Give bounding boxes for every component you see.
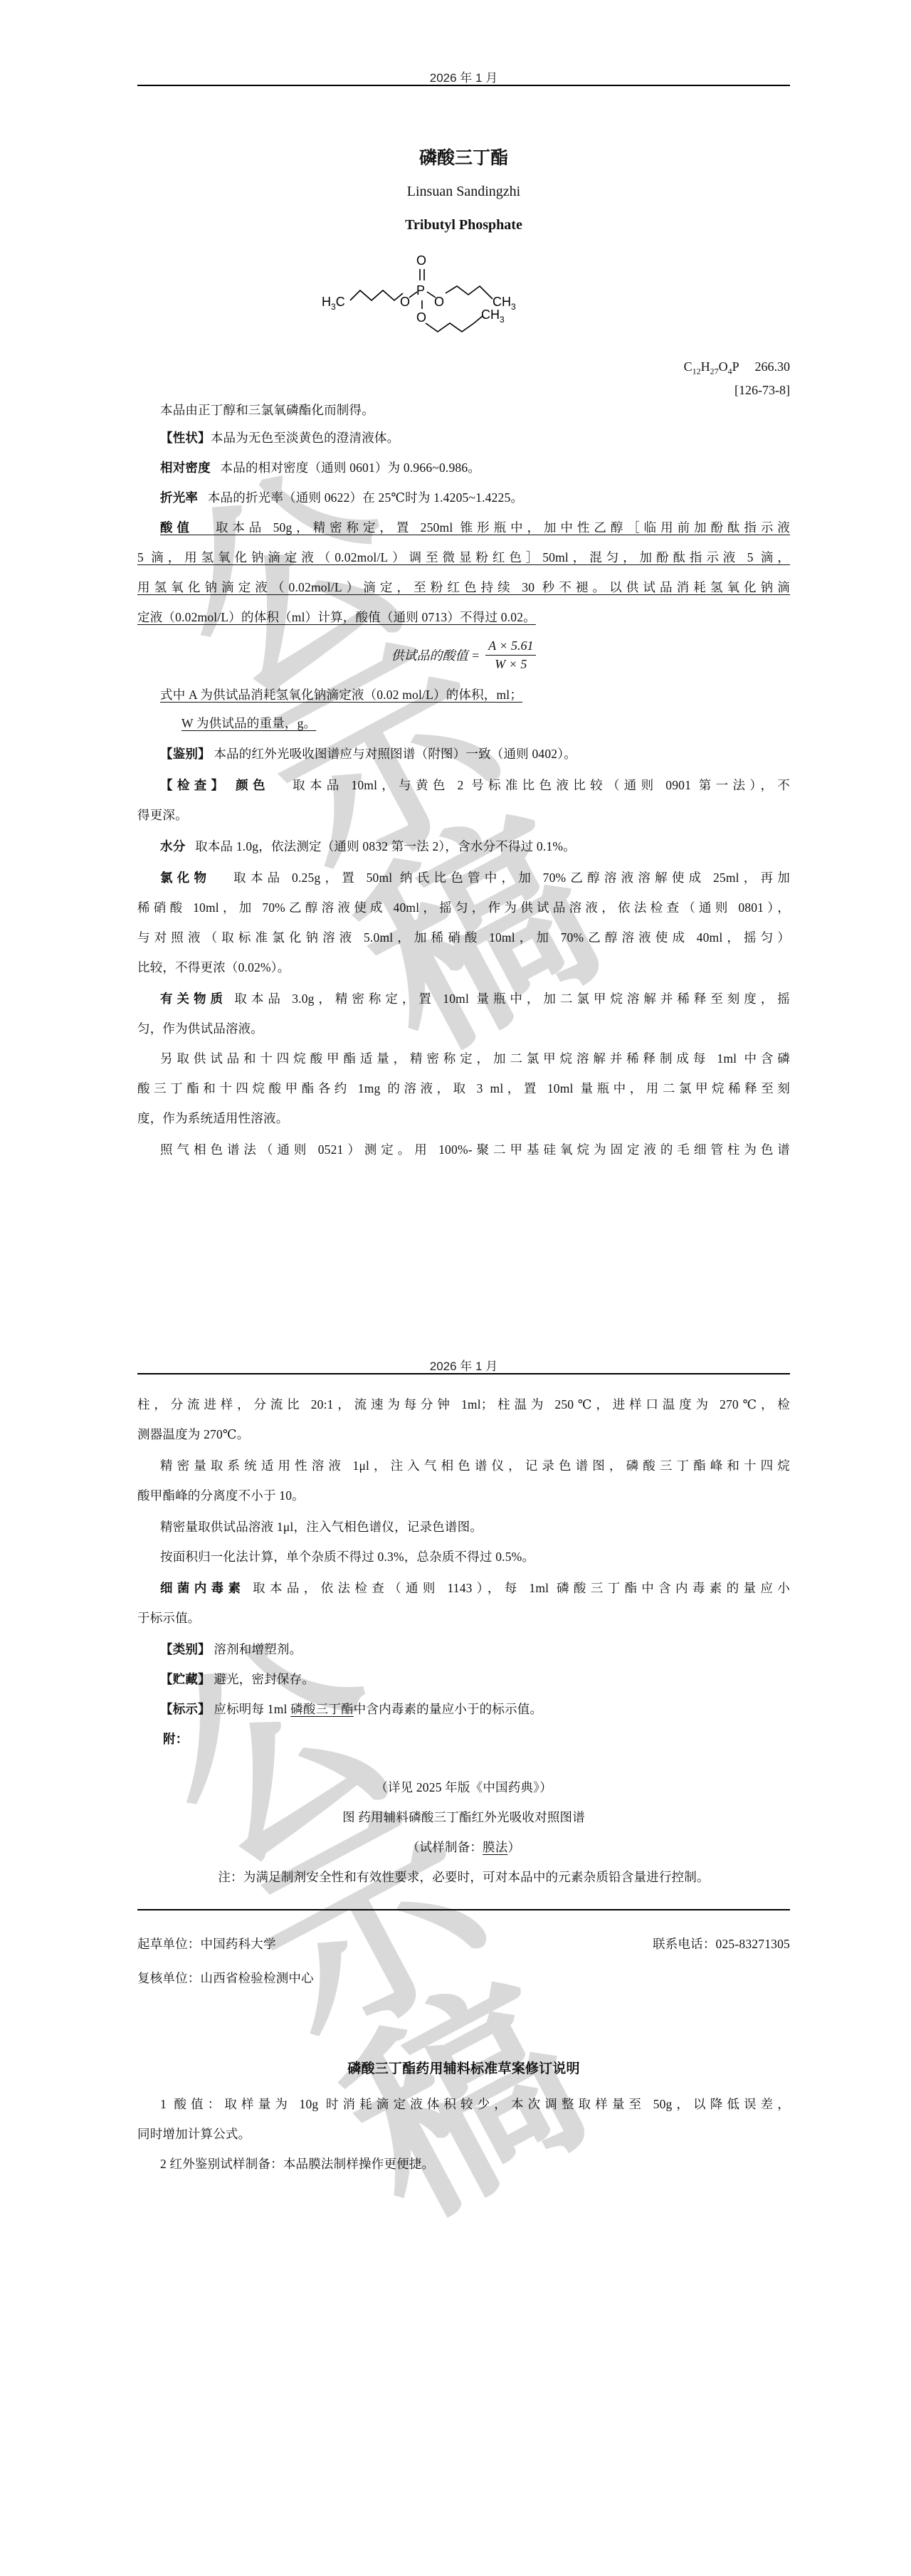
review-unit: 复核单位：山西省检验检测中心 [137, 1970, 790, 1986]
acid-value-line3: 用氢氧化钠滴定液（0.02mol/L）滴定，至粉红色持续 30 秒不褪。以供试品… [137, 579, 790, 595]
endotoxin-line2: 于标示值。 [137, 1610, 790, 1626]
gc-line3: 精密量取系统适用性溶液 1μl，注入气相色谱仪，记录色谱图，磷酸三丁酯峰和十四烷 [137, 1458, 790, 1473]
formula-where-a: 式中 A 为供试品消耗氢氧化钠滴定液（0.02 mol/L）的体积，ml； [137, 687, 530, 703]
section-properties: 【性状】本品为无色至淡黄色的澄清液体。 [137, 430, 790, 446]
svg-text:H3C: H3C [322, 295, 345, 312]
revision-item-1-cont: 同时增加计算公式。 [137, 2126, 790, 2142]
chloride-line2: 稀硝酸 10ml，加 70%乙醇溶液使成 40ml，摇匀，作为供试品溶液，依法检… [137, 900, 790, 915]
svg-text:P: P [416, 283, 425, 298]
chloride-line3: 与对照液（取标准氯化钠溶液 5.0ml，加稀硝酸 10ml，加 70%乙醇溶液使… [137, 930, 790, 945]
monograph-title-cn: 磷酸三丁酯 [137, 144, 790, 169]
revision-item-2: 2 红外鉴别试样制备：本品膜法制样操作更便捷。 [137, 2156, 790, 2172]
related-line6: 照气相色谱法（通则 0521）测定。用 100%-聚二甲基硅氧烷为固定液的毛细管… [137, 1142, 790, 1157]
acid-value-line2: 5 滴，用氢氧化钠滴定液（0.02mol/L）调至微显粉红色］50ml，混匀，加… [137, 550, 790, 565]
related-line3: 另取供试品和十四烷酸甲酯适量，精密称定，加二氯甲烷溶解并稀释制成每 1ml 中含… [137, 1051, 790, 1066]
section-related-substances: 有关物质 取本品 3.0g，精密称定，置 10ml 量瓶中，加二氯甲烷溶解并稀释… [137, 991, 790, 1006]
section-acid-value-line1: 酸值 取本品 50g，精密称定，置 250ml 锥形瓶中，加中性乙醇［临用前加酚… [137, 520, 790, 535]
appendix-see-pharmacopoeia: （详见 2025 年版《中国药典》） [137, 1779, 790, 1795]
sample-preparation: （试样制备：膜法） [137, 1839, 790, 1855]
section-labeling: 【标示】 应标明每 1ml 磷酸三丁酯中含内毒素的量应小于的标示值。 [137, 1701, 790, 1717]
gc-line5: 精密量取供试品溶液 1μl，注入气相色谱仪，记录色谱图。 [137, 1519, 790, 1535]
intro-text: 本品由正丁醇和三氯氧磷酯化而制得。 [137, 402, 790, 418]
section-storage: 【贮藏】 避光，密封保存。 [137, 1671, 790, 1687]
section-water: 水分 取本品 1.0g，依法测定（通则 0832 第一法 2），含水分不得过 0… [137, 838, 790, 854]
monograph-title-en: Tributyl Phosphate [137, 217, 790, 233]
svg-text:CH3: CH3 [481, 307, 505, 325]
monograph-title-pinyin: Linsuan Sandingzhi [137, 184, 790, 200]
svg-text:O: O [400, 295, 410, 309]
page-header-date: 2026 年 1 月 [137, 68, 790, 85]
section-chloride: 氯化物 取本品 0.25g，置 50ml 纳氏比色管中，加 70%乙醇溶液溶解使… [137, 870, 790, 885]
section-identification: 【鉴别】 本品的红外光吸收图谱应与对照图谱（附图）一致（通则 0402）。 [137, 746, 790, 762]
section-endotoxin: 细菌内毒素 取本品，依法检查（通则 1143），每 1ml 磷酸三丁酯中含内毒素… [137, 1580, 790, 1596]
section-tests-color: 【检查】 颜色 取本品 10ml，与黄色 2 号标准比色液比较（通则 0901 … [137, 777, 790, 793]
tributyl-phosphate-structure-icon: O P O O O H3C CH3 CH3 [306, 249, 605, 349]
molecular-weight: 266.30 [755, 359, 791, 374]
chloride-line4: 比较，不得更浓（0.02%）。 [137, 960, 790, 975]
section-relative-density: 相对密度 本品的相对密度（通则 0601）为 0.966~0.986。 [137, 460, 790, 475]
gc-line4: 酸甲酯峰的分离度不小于 10。 [137, 1488, 790, 1503]
svg-text:O: O [416, 310, 426, 325]
footer-rule [137, 1909, 790, 1910]
related-line2: 匀，作为供试品溶液。 [137, 1021, 790, 1036]
molecular-formula-weight: C12H27O4P 266.30 [684, 359, 790, 377]
gc-line2: 测器温度为 270℃。 [137, 1426, 790, 1442]
page2-header-rule [137, 1373, 790, 1374]
section-category: 【类别】 溶剂和增塑剂。 [137, 1641, 790, 1657]
revision-item-1: 1 酸值：取样量为 10g 时消耗滴定液体积较少，本次调整取样量至 50g，以降… [137, 2096, 790, 2112]
tests-color-line2: 得更深。 [137, 807, 790, 823]
revision-notes-title: 磷酸三丁酯药用辅料标准草案修订说明 [137, 2061, 790, 2076]
related-line5: 度，作为系统适用性溶液。 [137, 1110, 790, 1126]
acid-value-line4: 定液（0.02mol/L）的体积（ml）计算，酸值（通则 0713）不得过 0.… [137, 609, 536, 625]
figure-caption: 图 药用辅料磷酸三丁酯红外光吸收对照图谱 [137, 1809, 790, 1825]
appendix-label: 附： [137, 1731, 790, 1747]
chemical-structure: O P O O O H3C CH3 CH3 [306, 249, 605, 349]
section-refractive-index: 折光率 本品的折光率（通则 0622）在 25℃时为 1.4205~1.4225… [137, 490, 790, 505]
contact-phone: 联系电话：025-83271305 [137, 1936, 790, 1952]
gc-line1: 柱，分流进样，分流比 20:1，流速为每分钟 1ml；柱温为 250℃，进样口温… [137, 1397, 790, 1412]
svg-text:O: O [416, 253, 426, 268]
formula-where-w: W 为供试品的重量，g。 [181, 715, 316, 731]
related-line4: 酸三丁酯和十四烷酸甲酯各约 1mg 的溶液，取 3 ml，置 10ml 量瓶中，… [137, 1081, 790, 1096]
page2-header-date: 2026 年 1 月 [137, 1356, 790, 1374]
svg-text:O: O [434, 295, 444, 309]
acid-value-formula: 供试品的酸值 = A × 5.61 W × 5 [137, 634, 790, 676]
header-rule [137, 85, 790, 86]
appendix-note: 注：为满足制剂安全性和有效性要求，必要时，可对本品中的元素杂质铅含量进行控制。 [137, 1869, 790, 1885]
cas-number: [126-73-8] [734, 383, 790, 398]
gc-line6: 按面积归一化法计算，单个杂质不得过 0.3%，总杂质不得过 0.5%。 [137, 1549, 790, 1565]
